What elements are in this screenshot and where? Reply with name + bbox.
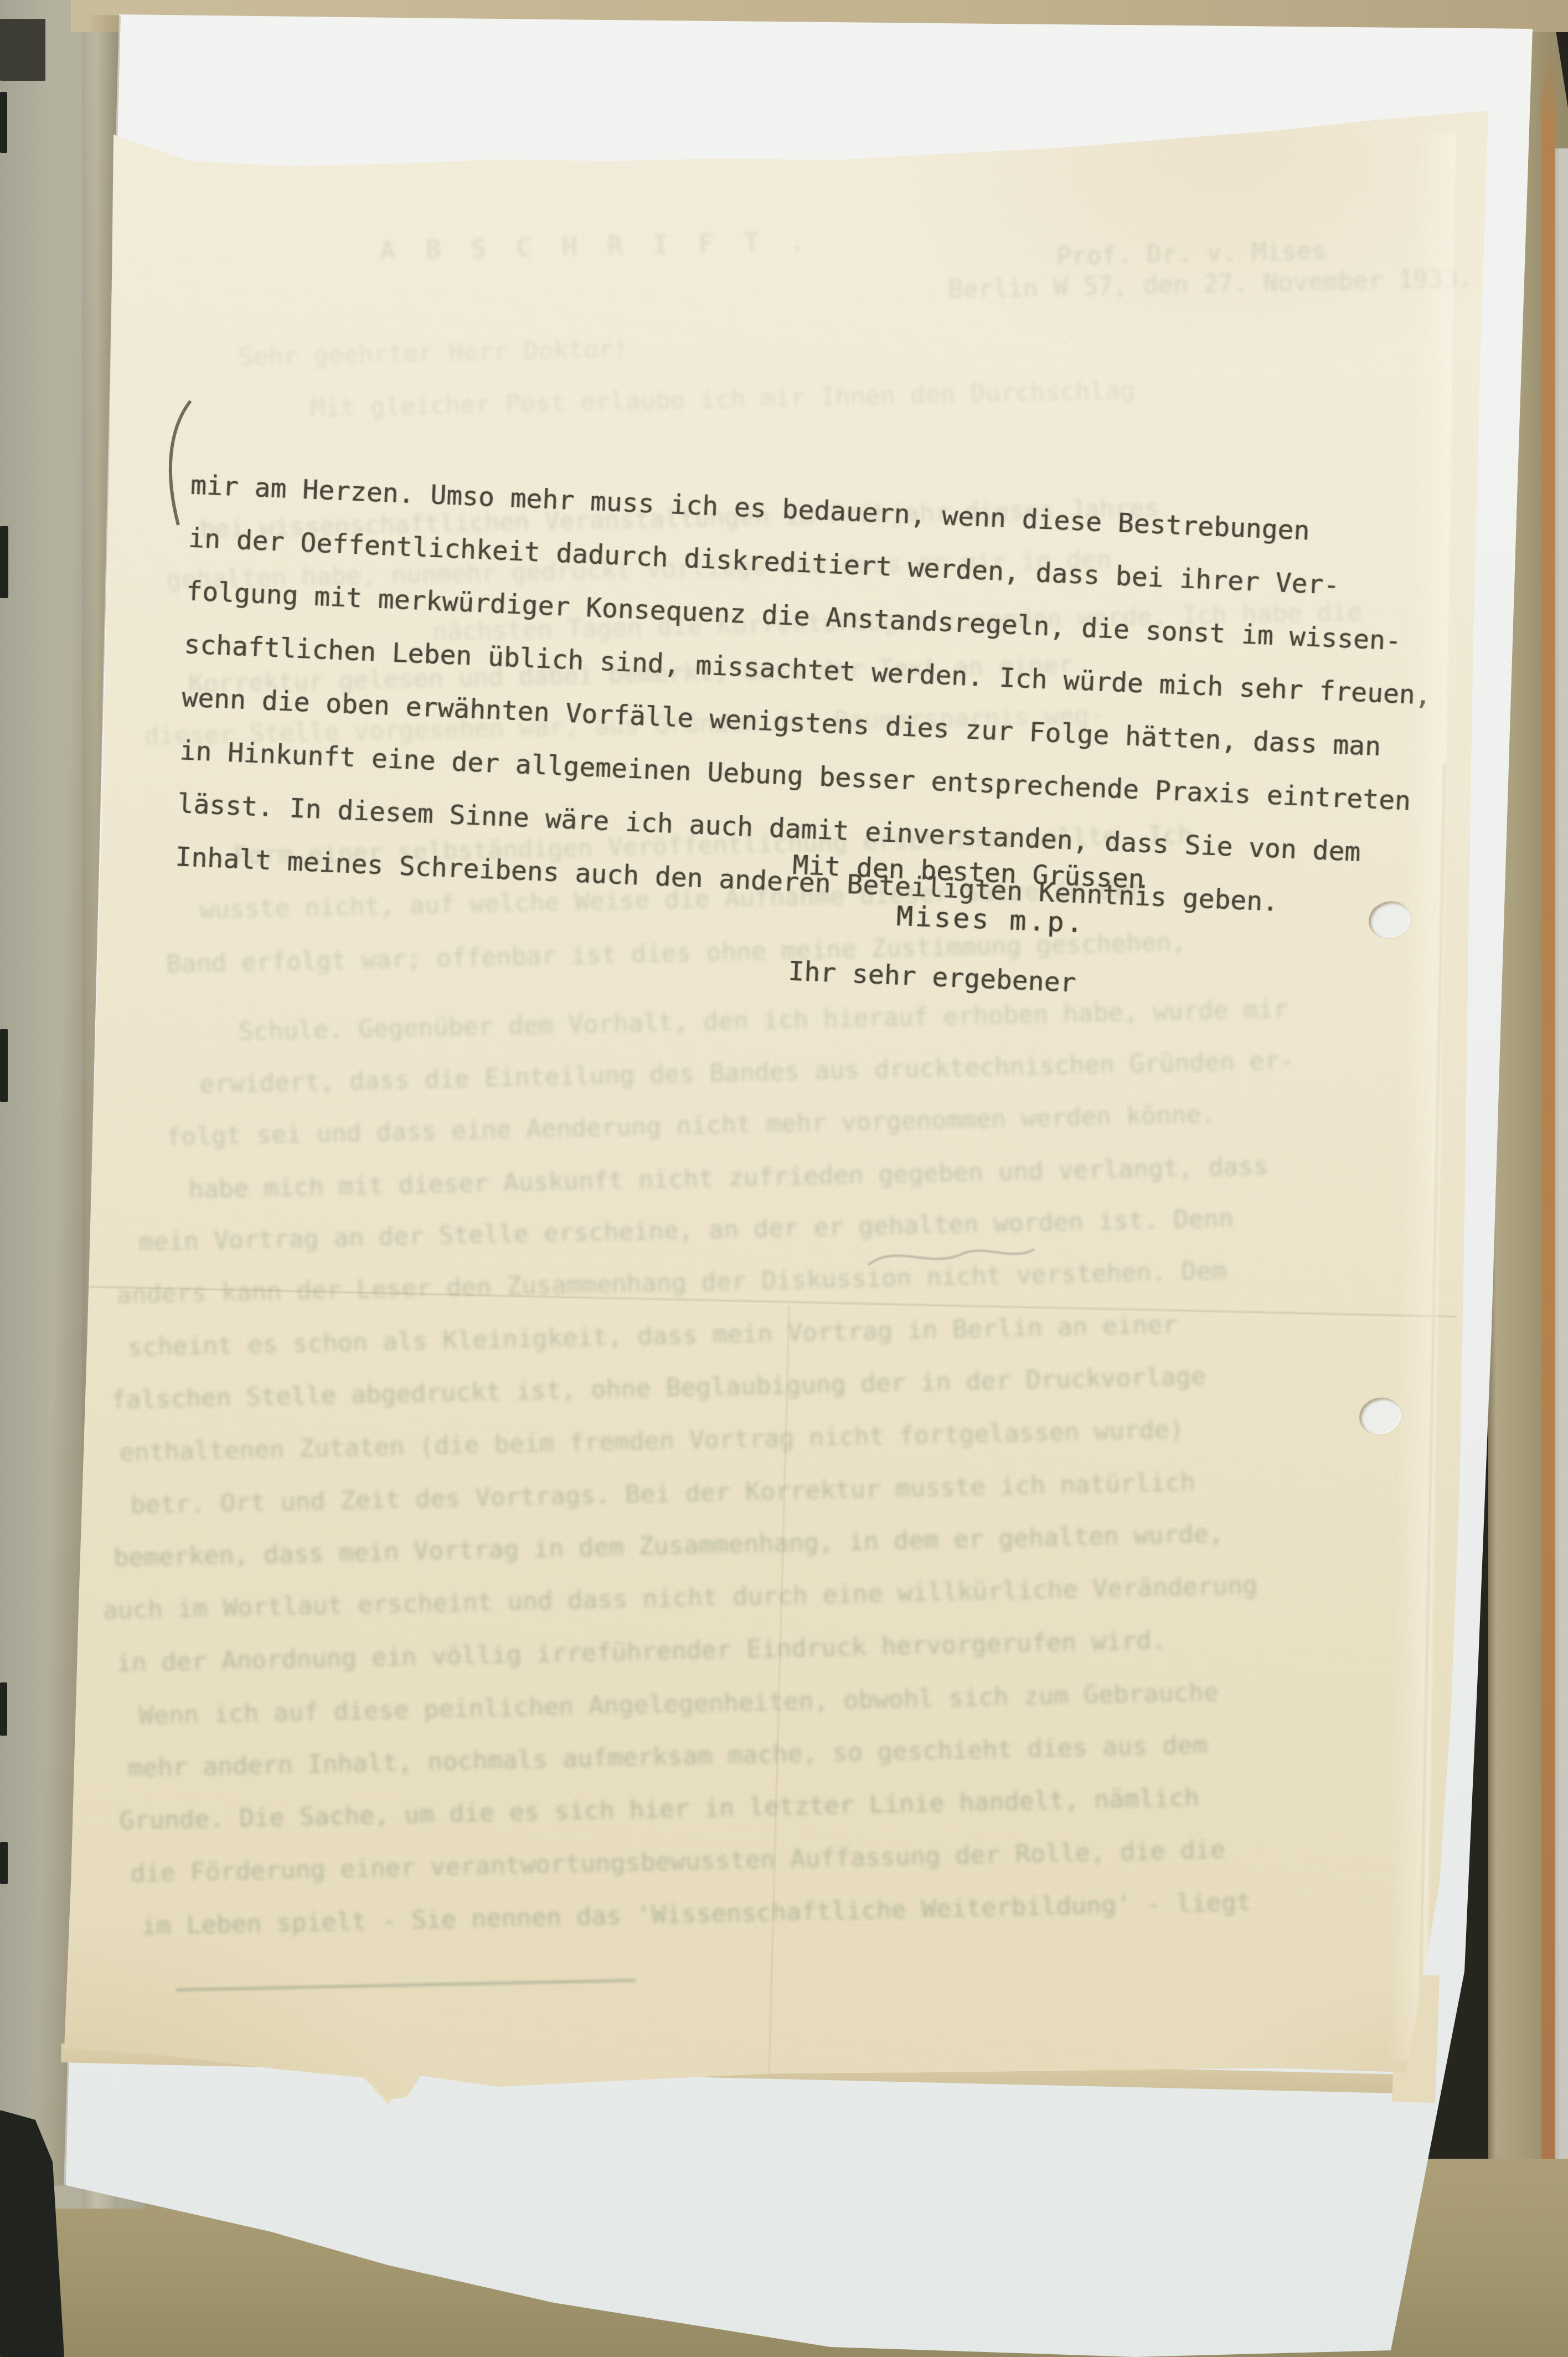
bleedthrough-line: im Leben spielt - Sie nennen das 'Wissen… (141, 1888, 1251, 1940)
dark-edge-notch (0, 1682, 7, 1736)
light-page-edge-far-right (1555, 148, 1568, 2357)
bleedthrough-line: Prof. Dr. v. Mises (1056, 236, 1327, 270)
bleedthrough-line: Berlin W 57, den 27. November 1933. (948, 264, 1473, 303)
dark-edge-notch (0, 1842, 8, 1884)
orange-board-edge (1541, 50, 1556, 2357)
bleedthrough-line: scheint es schon als Kleinigkeit, dass m… (127, 1311, 1178, 1361)
bleedthrough-line: falschen Stelle abgedruckt ist, ohne Beg… (111, 1362, 1206, 1414)
closing-line: Ihr sehr ergebener (787, 954, 1141, 1003)
bleedthrough-line: A B S C H R I F T . (380, 228, 813, 265)
bleedthrough-line: folgt sei und dass eine Aenderung nicht … (166, 1100, 1216, 1151)
crease-line (176, 1979, 636, 1991)
bleedthrough-line: mein Vortrag an der Stelle erscheine, an… (138, 1205, 1234, 1256)
letter-page: A B S C H R I F T .Prof. Dr. v. MisesBer… (0, 0, 1568, 2357)
bleedthrough-line: auch im Wortlaut erscheint und dass nich… (102, 1571, 1258, 1624)
bleedthrough-line: Grunde. Die Sache, um die es sich hier i… (119, 1783, 1199, 1835)
bleedthrough-line: enthaltenen Zutaten (die beim fremden Vo… (119, 1416, 1184, 1466)
dark-edge-notch (0, 92, 7, 153)
margin-bracket-mark (156, 397, 206, 529)
crease-line (768, 1305, 792, 2080)
bleedthrough-line: die Förderung einer verantwortungsbewuss… (130, 1836, 1225, 1887)
crease-line (68, 1285, 1457, 1319)
bleedthrough-line: in der Anordnung ein völlig irreführende… (116, 1627, 1167, 1677)
pencil-squiggle (864, 1233, 1041, 1283)
bleedthrough-line: habe mich mit dieser Auskunft nicht zufr… (188, 1152, 1268, 1203)
bleedthrough-line: bemerken, dass mein Vortrag in dem Zusam… (114, 1520, 1224, 1572)
archive-letter-scan: A B S C H R I F T .Prof. Dr. v. MisesBer… (0, 0, 1568, 2357)
signature-line: Mises m.p. (896, 900, 1086, 938)
dark-edge-notch (0, 1029, 8, 1102)
dark-edge-notch (0, 19, 45, 81)
bleedthrough-line: mehr andern Inhalt, nochmals aufmerksam … (127, 1731, 1208, 1782)
dark-edge-notch (0, 526, 8, 598)
closing-line: Mit den besten Grüssen (792, 847, 1145, 897)
bleedthrough-line: Wenn ich auf diese peinlichen Angelegenh… (138, 1678, 1219, 1730)
bleedthrough-line: betr. Ort und Zeit des Vortrags. Bei der… (130, 1468, 1195, 1519)
